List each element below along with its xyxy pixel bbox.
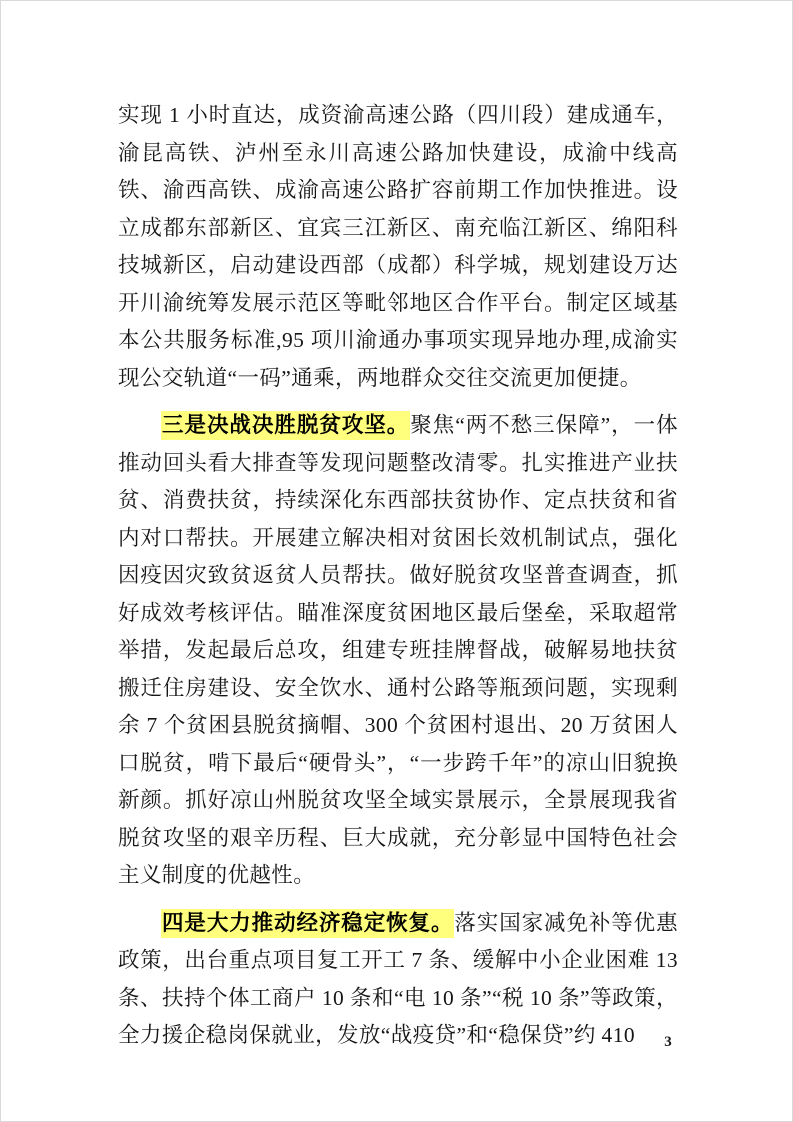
document-body: 实现 1 小时直达，成资渝高速公路（四川段）建成通车，渝昆高铁、泸州至永川高速公… [118, 97, 678, 1065]
page-number: 3 [656, 1034, 680, 1051]
paragraph: 三是决战决胜脱贫攻坚。聚焦“两不愁三保障”，一体推动回头看大排查等发现问题整改清… [118, 407, 678, 895]
highlighted-heading: 三是决战决胜脱贫攻坚。 [161, 411, 410, 440]
paragraph: 四是大力推动经济稳定恢复。落实国家减免补等优惠政策，出台重点项目复工开工 7 条… [118, 905, 678, 1055]
document-page: 实现 1 小时直达，成资渝高速公路（四川段）建成通车，渝昆高铁、泸州至永川高速公… [0, 0, 793, 1122]
paragraph: 实现 1 小时直达，成资渝高速公路（四川段）建成通车，渝昆高铁、泸州至永川高速公… [118, 97, 678, 397]
highlighted-heading: 四是大力推动经济稳定恢复。 [161, 909, 454, 938]
text-run: 实现 1 小时直达，成资渝高速公路（四川段）建成通车，渝昆高铁、泸州至永川高速公… [118, 103, 678, 390]
text-run: 聚焦“两不愁三保障”，一体推动回头看大排查等发现问题整改清零。扎实推进产业扶贫、… [118, 413, 678, 887]
